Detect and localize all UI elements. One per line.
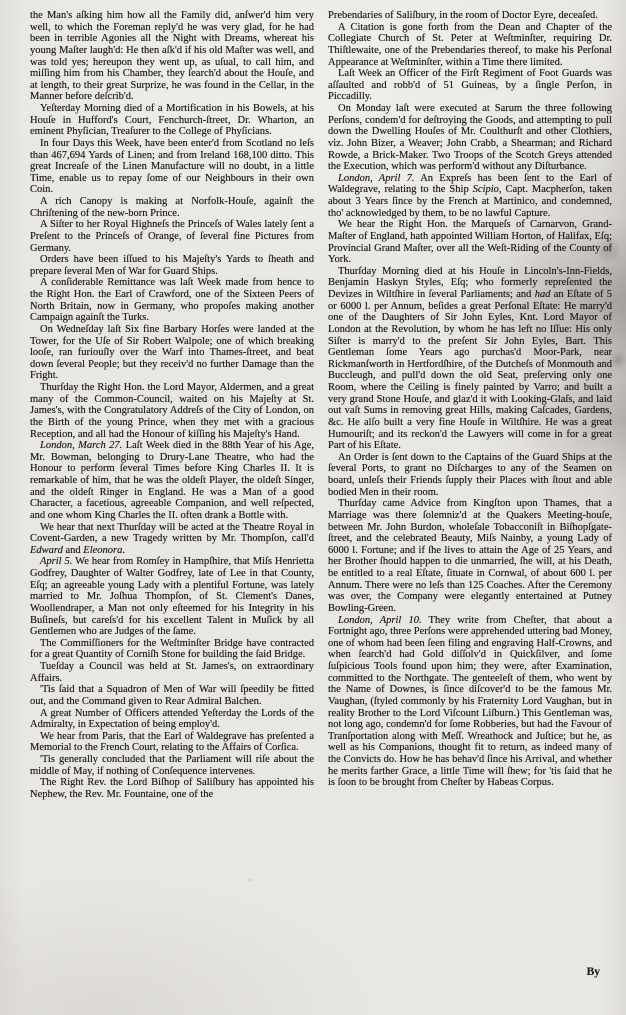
- text-run: an Eſtate of 5 or 6000 l. per Annum, beſ…: [328, 289, 612, 451]
- paragraph: April 5. We hear from Romſey in Hampſhir…: [30, 556, 314, 637]
- text-run: The Right Rev. the Lord Biſhop of Saliſb…: [30, 777, 314, 800]
- paragraph: London, April 7. An Expreſs has been ſen…: [328, 173, 612, 220]
- text-run: Laſt Week an Officer of the Firſt Regime…: [328, 68, 612, 102]
- paragraph: A rich Canopy is making at Norfolk-Houſe…: [30, 196, 314, 219]
- text-run: 'Tis ſaid that a Squadron of Men of War …: [30, 684, 314, 707]
- paragraph: In four Days this Week, have been enter'…: [30, 138, 314, 196]
- text-run: We hear the Right Hon. the Marqueſs of C…: [328, 219, 612, 265]
- paragraph: We hear that next Thurſday will be acted…: [30, 522, 314, 557]
- italic-run: Edward: [30, 545, 63, 556]
- text-run: the Man's aſking him how all the Family …: [30, 10, 314, 102]
- paragraph: We hear from Paris, that the Earl of Wal…: [30, 731, 314, 754]
- catchword: By: [587, 966, 600, 978]
- paragraph: The Right Rev. the Lord Biſhop of Saliſb…: [30, 777, 314, 800]
- paragraph: A Citation is gone forth from the Dean a…: [328, 22, 612, 69]
- paragraph: 'Tis ſaid that a Squadron of Men of War …: [30, 684, 314, 707]
- text-run: .: [122, 545, 125, 556]
- text-run: A Siſter to her Royal Highneſs the Princ…: [30, 219, 314, 253]
- paragraph: A Siſter to her Royal Highneſs the Princ…: [30, 219, 314, 254]
- paragraph: An Order is ſent down to the Captains of…: [328, 452, 612, 499]
- italic-run: Scipio: [473, 184, 499, 195]
- column-right: Prebendaries of Saliſbury, in the room o…: [328, 10, 612, 1015]
- text-run: On Wedneſday laſt Six fine Barbary Horſe…: [30, 324, 314, 382]
- paragraph: London, March 27. Laſt Week died in the …: [30, 440, 314, 521]
- text-run: On Monday laſt were executed at Sarum th…: [328, 103, 612, 172]
- text-run: They write from Cheſter, that about a Fo…: [328, 615, 612, 789]
- text-run: Thurſday the Right Hon. the Lord Mayor, …: [30, 382, 314, 440]
- paragraph: Tueſday a Council was held at St. James'…: [30, 661, 314, 684]
- text-run: 'Tis generally concluded that the Parlia…: [30, 754, 314, 777]
- italic-run: had: [535, 289, 551, 300]
- paragraph: On Wedneſday laſt Six fine Barbary Horſe…: [30, 324, 314, 382]
- text-run: An Order is ſent down to the Captains of…: [328, 452, 612, 498]
- newspaper-page: the Man's aſking him how all the Family …: [0, 0, 626, 1015]
- text-run: Yeſterday Morning died of a Mortificatio…: [30, 103, 314, 137]
- paragraph: We hear the Right Hon. the Marqueſs of C…: [328, 219, 612, 266]
- text-run: Thurſday came Advice from Kingſton upon …: [328, 498, 612, 614]
- paragraph: A great Number of Officers attended Yeſt…: [30, 708, 314, 731]
- text-run: Prebendaries of Saliſbury, in the room o…: [328, 10, 598, 21]
- text-run: Orders have been iſſued to his Majeſty's…: [30, 254, 314, 277]
- paragraph: London, April 10. They write from Cheſte…: [328, 615, 612, 789]
- text-run: A great Number of Officers attended Yeſt…: [30, 708, 314, 731]
- paragraph: A conſiderable Remittance was laſt Week …: [30, 277, 314, 324]
- text-run: We hear from Paris, that the Earl of Wal…: [30, 731, 314, 754]
- paragraph: Thurſday the Right Hon. the Lord Mayor, …: [30, 382, 314, 440]
- italic-run: London, April 7.: [338, 173, 415, 184]
- italic-run: London, April 10.: [338, 615, 422, 626]
- paragraph: the Man's aſking him how all the Family …: [30, 10, 314, 103]
- text-run: Tueſday a Council was held at St. James'…: [30, 661, 314, 684]
- paragraph: Yeſterday Morning died of a Mortificatio…: [30, 103, 314, 138]
- italic-run: April 5.: [40, 556, 72, 567]
- text-run: We hear from Romſey in Hampſhire, that M…: [30, 556, 314, 637]
- paragraph: Orders have been iſſued to his Majeſty's…: [30, 254, 314, 277]
- text-run: A rich Canopy is making at Norfolk-Houſe…: [30, 196, 314, 219]
- paragraph: On Monday laſt were executed at Sarum th…: [328, 103, 612, 173]
- paragraph: Thurſday Morning died at his Houſe in Li…: [328, 266, 612, 452]
- text-run: and: [63, 545, 83, 556]
- paragraph: Laſt Week an Officer of the Firſt Regime…: [328, 68, 612, 103]
- paragraph: Prebendaries of Saliſbury, in the room o…: [328, 10, 612, 22]
- paragraph: The Commiſſioners for the Weſtminſter Br…: [30, 638, 314, 661]
- text-run: In four Days this Week, have been enter'…: [30, 138, 314, 196]
- column-container: the Man's aſking him how all the Family …: [30, 10, 612, 1015]
- italic-run: London, March 27.: [40, 440, 122, 451]
- column-left: the Man's aſking him how all the Family …: [30, 10, 314, 1015]
- text-run: A Citation is gone forth from the Dean a…: [328, 22, 612, 68]
- text-run: We hear that next Thurſday will be acted…: [30, 522, 314, 545]
- text-run: A conſiderable Remittance was laſt Week …: [30, 277, 314, 323]
- text-run: The Commiſſioners for the Weſtminſter Br…: [30, 638, 314, 661]
- text-run: Laſt Week died in the 88th Year of his A…: [30, 440, 314, 521]
- paragraph: Thurſday came Advice from Kingſton upon …: [328, 498, 612, 614]
- italic-run: Eleonora: [83, 545, 122, 556]
- paragraph: 'Tis generally concluded that the Parlia…: [30, 754, 314, 777]
